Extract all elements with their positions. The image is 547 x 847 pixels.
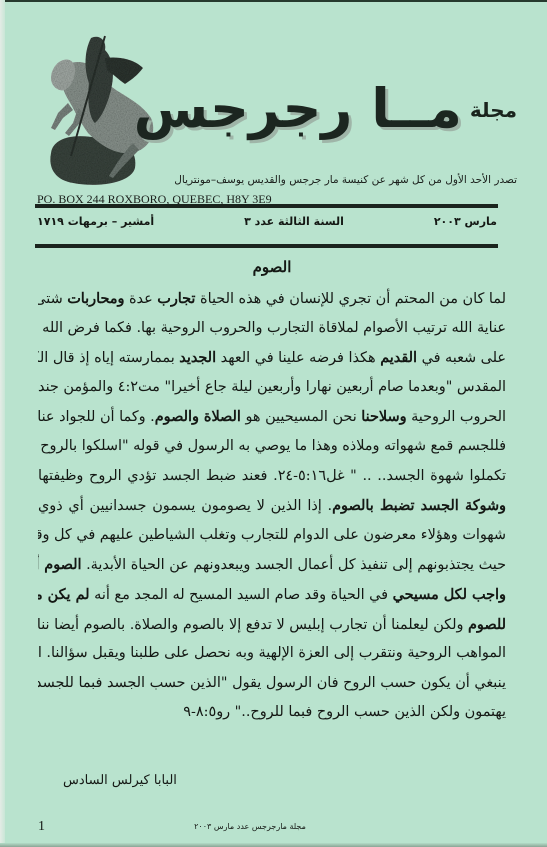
article-line: ينبغي أن يكون حسب الروح فان الرسول يقول … [38, 669, 506, 699]
article-line: فللجسم قمع شهواته وملاذه وهذا ما يوصي به… [38, 432, 506, 462]
emphasized-text: للصوم [468, 616, 506, 633]
article-title: الصوم [38, 258, 506, 276]
text-run: عناية الله ترتيب الأصوام لملاقاة التجارب… [38, 320, 506, 336]
article-line: على شعبه في القديم هكذا فرضه علينا في ال… [38, 343, 506, 373]
text-run: . وكما أن للجواد عنانه [38, 409, 155, 425]
article-line: المواهب الروحية ونتقرب إلى العزة الإلهية… [38, 639, 506, 669]
article-line: حيث يجتذبونهم إلى تنفيذ كل أعمال الجسد و… [38, 550, 506, 580]
article-line: لما كان من المحتم أن تجري للإنسان في هذه… [38, 284, 506, 314]
text-run: شهوات وهؤلاء معرضون على الدوام للتجارب و… [38, 527, 506, 543]
article-line: المقدس "وبعدما صام أربعين نهارا وأربعين … [38, 373, 506, 403]
article-line: تكملوا شهوة الجسد.. .. " غل٥:١٦-٢٤. فعند… [38, 462, 506, 492]
article-line: عناية الله ترتيب الأصوام لملاقاة التجارب… [38, 314, 506, 344]
emphasized-text: تجارب [157, 290, 195, 307]
emphasized-text: وسلاحنا [361, 408, 406, 425]
page-number: 1 [38, 819, 45, 835]
text-run: ينبغي أن يكون حسب الروح فان الرسول يقول … [38, 675, 506, 691]
article-signature: البابا كيرلس السادس [63, 773, 177, 788]
text-run: شتى اقتضت [38, 291, 67, 307]
text-run: فللجسم قمع شهواته وملاذه وهذا ما يوصي به… [38, 438, 506, 454]
page-left-edge [0, 0, 5, 847]
magazine-word: مجلة [470, 98, 517, 122]
text-run: ولكن ليعلمنا أن تجارب إبليس لا تدفع إلا … [38, 617, 468, 633]
issue-info-row: مارس ٢٠٠٣ السنة الثالثة عدد ٣ أمشير – بر… [37, 215, 497, 228]
text-run: يهتمون ولكن الذين حسب الروح فبما للروح..… [183, 704, 506, 720]
article-line: للصوم ولكن ليعلمنا أن تجارب إبليس لا تدف… [38, 610, 506, 640]
emphasized-text: الصلاة والصوم [155, 408, 241, 425]
text-run: حيث يجتذبونهم إلى تنفيذ كل أعمال الجسد و… [82, 557, 507, 573]
article-body: لما كان من المحتم أن تجري للإنسان في هذه… [38, 284, 506, 728]
text-run: بممارسته إياه إذ قال الكتاب [38, 350, 179, 366]
article: الصوم لما كان من المحتم أن تجري للإنسان … [38, 258, 506, 728]
emphasized-text: الجديد [179, 349, 216, 366]
gregorian-date: مارس ٢٠٠٣ [434, 215, 497, 228]
masthead: مجلة مــا رجرجس [134, 82, 517, 136]
emphasized-text: واجب لكل مسيحي [393, 586, 506, 603]
issue-divider [35, 244, 498, 248]
publication-tagline: تصدر الأحد الأول من كل شهر عن كنيسة مار … [174, 174, 517, 186]
text-run: نحن المسيحيين هو [241, 409, 361, 425]
article-line: الحروب الروحية وسلاحنا نحن المسيحيين هو … [38, 402, 506, 432]
text-run: المواهب الروحية ونتقرب إلى العزة الإلهية… [38, 645, 506, 661]
text-run: على شعبه في [417, 350, 506, 366]
magazine-name: مــا رجرجس [134, 82, 462, 136]
emphasized-text: ومحاربات [67, 290, 124, 307]
article-line: واجب لكل مسيحي في الحياة وقد صام السيد ا… [38, 580, 506, 610]
text-run: عدة [124, 291, 157, 307]
article-line: يهتمون ولكن الذين حسب الروح فبما للروح..… [38, 698, 506, 728]
page-bottom-edge [0, 843, 547, 847]
header-divider [35, 204, 498, 208]
text-run: هكذا فرضه علينا في العهد [216, 350, 380, 366]
text-run: المقدس "وبعدما صام أربعين نهارا وأربعين … [38, 379, 506, 395]
text-run: في الحياة وقد صام السيد المسيح له المجد … [90, 587, 393, 603]
article-line: شهوات وهؤلاء معرضون على الدوام للتجارب و… [38, 521, 506, 551]
footer-text: مجلة مارجرجس عدد مارس ٢٠٠٣ [185, 822, 315, 831]
coptic-date: أمشير – برمهات ١٧١٩ [37, 215, 154, 228]
text-run: الحروب الروحية [407, 409, 506, 425]
text-run: . إذا الذين لا يصومون يسمون جسدانيين أي … [38, 498, 332, 514]
page-top-edge [0, 0, 547, 2]
emphasized-text: لم يكن محتاجا [38, 586, 90, 603]
article-line: وشوكة الجسد تضبط بالصوم. إذا الذين لا يص… [38, 491, 506, 521]
volume-issue: السنة الثالثة عدد ٣ [244, 215, 344, 228]
text-run: تكملوا شهوة الجسد.. .. " غل٥:١٦-٢٤. فعند… [38, 468, 506, 484]
emphasized-text: الصوم أمر [38, 556, 82, 573]
emphasized-text: وشوكة الجسد تضبط بالصوم [332, 497, 506, 514]
text-run: لما كان من المحتم أن تجري للإنسان في هذه… [195, 291, 506, 307]
emphasized-text: القديم [380, 349, 417, 366]
